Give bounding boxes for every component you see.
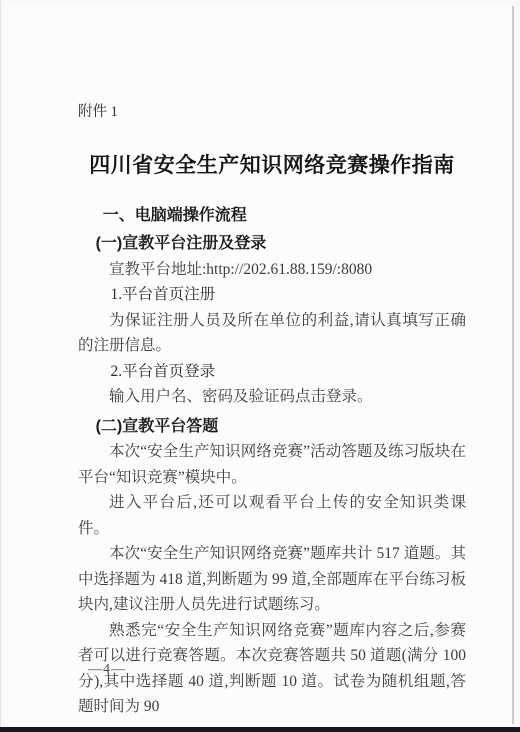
page-number: —4— <box>88 662 126 678</box>
subsection-heading-homepage-register: 1.平台首页注册 <box>78 282 466 308</box>
scan-edge-left <box>0 0 1 732</box>
scanned-document-page: 附件 1 四川省安全生产知识网络竞赛操作指南 一、电脑端操作流程 (一)宣教平台… <box>0 0 520 732</box>
paragraph-registration-notice: 为保证注册人员及所在单位的利益,请认真填写正确的注册信息。 <box>78 308 466 359</box>
subsection-heading-homepage-login: 2.平台首页登录 <box>78 359 466 385</box>
section-heading-answering: (二)宣教平台答题 <box>78 414 466 440</box>
chapter-heading-computer-flow: 一、电脑端操作流程 <box>78 205 466 227</box>
platform-address-line: 宣教平台地址:http://202.61.88.159/:8080 <box>78 257 466 283</box>
paragraph-question-bank: 本次“安全生产知识网络竞赛”题库共计 517 道题。其中选择题为 418 道,判… <box>78 541 466 618</box>
document-body: 附件 1 四川省安全生产知识网络竞赛操作指南 一、电脑端操作流程 (一)宣教平台… <box>78 103 466 720</box>
paragraph-contest-answering: 熟悉完“安全生产知识网络竞赛”题库内容之后,参赛者可以进行竞赛答题。本次竞赛答题… <box>78 618 466 720</box>
scan-edge-bottom <box>0 727 520 732</box>
scan-edge-right <box>512 6 514 724</box>
paragraph-contest-module: 本次“安全生产知识网络竞赛”活动答题及练习版块在平台“知识竞赛”模块中。 <box>78 439 466 490</box>
paragraph-courseware: 进入平台后,还可以观看平台上传的安全知识类课件。 <box>78 490 466 541</box>
paragraph-login-instruction: 输入用户名、密码及验证码点击登录。 <box>78 384 466 410</box>
section-heading-register-login: (一)宣教平台注册及登录 <box>78 231 466 257</box>
document-title: 四川省安全生产知识网络竞赛操作指南 <box>78 150 466 180</box>
attachment-label: 附件 1 <box>78 103 466 121</box>
